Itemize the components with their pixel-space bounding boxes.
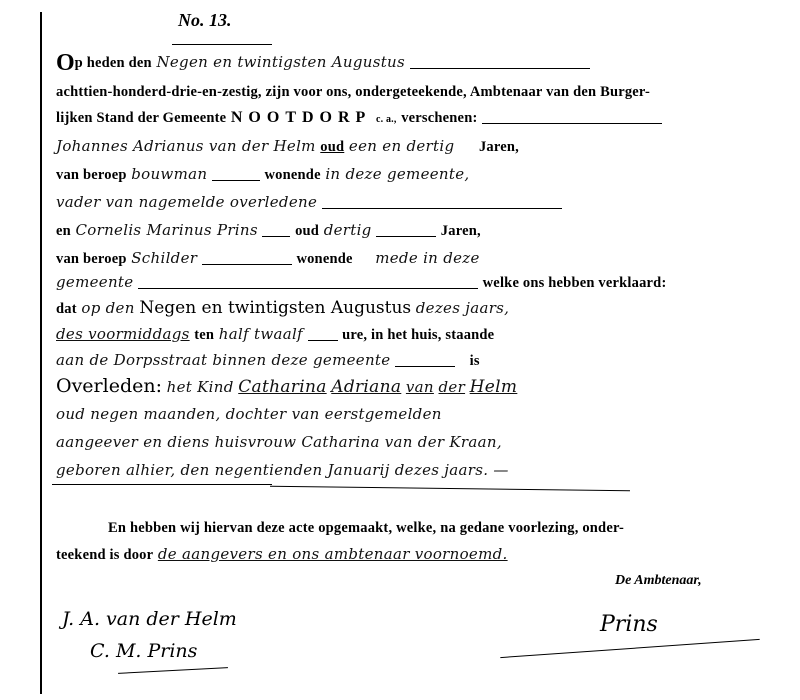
line-date: Op heden den Negen en twintigsten August… [56, 52, 770, 73]
fill-line [262, 226, 290, 237]
line-death-date: dat op den Negen en twintigsten Augustus… [56, 298, 770, 319]
handwritten-date: Negen en twintigsten Augustus [156, 53, 405, 71]
printed-heden: p heden den [75, 55, 152, 71]
handwritten-mother: aangeever en diens huisvrouw Catharina v… [56, 433, 502, 451]
handwritten-residence: in deze gemeente, [325, 165, 469, 183]
line-deceased: Overleden: het Kind Catharina Adriana va… [56, 376, 770, 398]
handwritten-signers: de aangevers en ons ambtenaar voornoemd. [158, 545, 508, 563]
overleden-heading: Overleden: [56, 375, 162, 397]
handwritten-birth: geboren alhier, den negentienden Januari… [56, 461, 509, 479]
handwritten-location: aan de Dorpsstraat binnen deze gemeente [56, 351, 390, 369]
printed-en: en [56, 223, 71, 239]
closing-rule-right [270, 486, 630, 491]
printed-jaren: Jaren, [441, 223, 481, 239]
printed-house: ure, in het huis, staande [342, 327, 494, 343]
page-margin-rule [40, 12, 42, 694]
line-declared: gemeente welke ons hebben verklaard: [56, 272, 770, 293]
line-age-parent: oud negen maanden, dochter van eerstgeme… [56, 404, 770, 425]
handwritten-op-den: op den [81, 299, 134, 317]
deceased-der: der [439, 378, 466, 396]
fill-line [395, 356, 455, 367]
handwritten-voormiddags: des voormiddags [56, 325, 190, 343]
line-declarant-2: en Cornelis Marinus Prins oud dertig Jar… [56, 220, 770, 241]
line-declarant-1: Johannes Adrianus van der Helm oud een e… [56, 136, 770, 157]
fill-line [410, 58, 590, 69]
line-municipality: lijken Stand der Gemeente NOOTDORP c. a.… [56, 108, 770, 130]
fill-line [376, 226, 436, 237]
handwritten-time: half twaalf [219, 325, 303, 343]
handwritten-dezes-jaars: dezes jaars, [416, 299, 510, 317]
printed-oud: oud [320, 139, 344, 155]
line-occupation-2: van beroep Schilder wonende mede in deze [56, 248, 770, 269]
handwritten-residence: mede in deze [375, 249, 479, 267]
printed-verschenen: verschenen: [401, 110, 477, 126]
printed-stand: lijken Stand der Gemeente [56, 110, 226, 126]
line-location: aan de Dorpsstraat binnen deze gemeente … [56, 350, 770, 371]
fill-line [482, 113, 662, 124]
printed-wonende: wonende [265, 167, 321, 183]
witness-signature-flourish [118, 667, 228, 674]
deceased-second-name: Adriana [331, 377, 401, 397]
line-occupation-1: van beroep bouwman wonende in deze gemee… [56, 164, 770, 185]
deceased-last-name: Helm [470, 377, 518, 397]
printed-jaren: Jaren, [479, 139, 519, 155]
official-label: De Ambtenaar, [615, 573, 702, 589]
printed-year-text: achttien-honderd-drie-en-zestig, zijn vo… [56, 84, 650, 100]
printed-wonende: wonende [296, 251, 352, 267]
printed-van-beroep: van beroep [56, 251, 127, 267]
printed-oud: oud [295, 223, 319, 239]
fill-line [202, 254, 292, 265]
handwritten-age-daughter: oud negen maanden, dochter van eerstgeme… [56, 405, 442, 423]
printed-van-beroep: van beroep [56, 167, 127, 183]
official-signature: Prins [600, 612, 658, 637]
handwritten-declarant-1-name: Johannes Adrianus van der Helm [56, 137, 316, 155]
handwritten-gemeente: gemeente [56, 273, 133, 291]
handwritten-age: dertig [324, 221, 372, 239]
handwritten-relation: vader van nagemelde overledene [56, 193, 317, 211]
printed-closing: En hebben wij hiervan deze acte opgemaak… [108, 520, 624, 536]
handwritten-death-date: Negen en twintigsten Augustus [139, 298, 411, 318]
handwritten-declarant-2-name: Cornelis Marinus Prins [76, 221, 258, 239]
line-closing-a: En hebben wij hiervan deze acte opgemaak… [108, 518, 770, 538]
handwritten-het-kind: het Kind [167, 378, 234, 396]
municipality-name: NOOTDORP [231, 109, 371, 126]
fill-line [308, 330, 338, 341]
record-number: No. 13. [178, 10, 232, 31]
official-signature-flourish [500, 639, 759, 658]
fill-line [212, 170, 260, 181]
record-number-underline [172, 44, 272, 45]
drop-cap: O [56, 50, 75, 76]
witness-signature-1: J. A. van der Helm [62, 608, 237, 630]
line-birth: geboren alhier, den negentienden Januari… [56, 460, 770, 481]
printed-ca: c. a., [376, 114, 397, 125]
fill-line [322, 198, 562, 209]
line-relation: vader van nagemelde overledene [56, 192, 770, 213]
closing-rule-left [52, 484, 272, 485]
line-death-time: des voormiddags ten half twaalf ure, in … [56, 324, 770, 345]
handwritten-occupation: bouwman [131, 165, 207, 183]
line-closing-b: teekend is door de aangevers en ons ambt… [56, 544, 770, 565]
line-mother: aangeever en diens huisvrouw Catharina v… [56, 432, 770, 453]
printed-verklaard: welke ons hebben verklaard: [483, 275, 667, 291]
fill-line [138, 278, 478, 289]
deceased-first-name: Catharina [238, 377, 326, 397]
printed-is: is [470, 353, 480, 369]
line-year: achttien-honderd-drie-en-zestig, zijn vo… [56, 82, 770, 102]
printed-dat: dat [56, 301, 77, 317]
handwritten-occupation: Schilder [131, 249, 197, 267]
printed-ten: ten [194, 327, 214, 343]
witness-signature-2: C. M. Prins [90, 640, 197, 662]
deceased-van: van [406, 378, 434, 396]
handwritten-age: een en dertig [349, 137, 454, 155]
printed-teekend: teekend is door [56, 547, 153, 563]
